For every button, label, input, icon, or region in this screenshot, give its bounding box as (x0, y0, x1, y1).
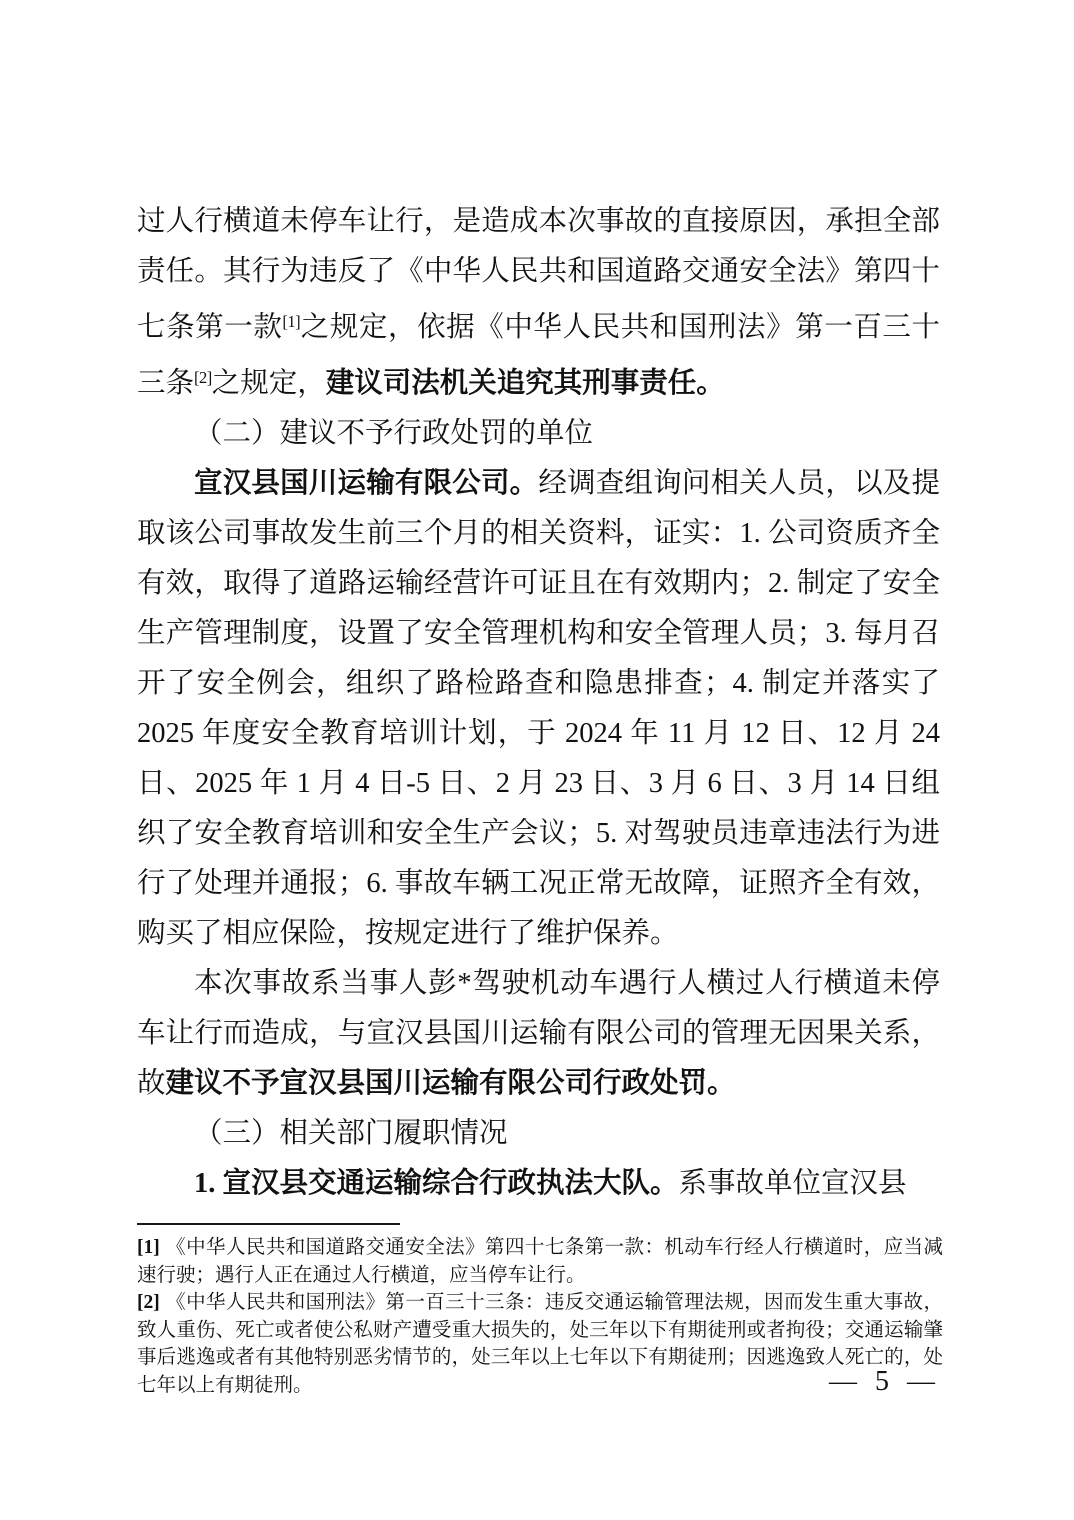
document-body: 过人行横道未停车让行，是造成本次事故的直接原因，承担全部责任。其行为违反了《中华… (137, 197, 940, 1209)
footnote-marker: [2] (137, 1292, 160, 1313)
footnote-separator (137, 1223, 400, 1225)
page-footer: — 5 — (829, 1366, 935, 1398)
text-run-bold: 建议司法机关追究其刑事责任。 (326, 368, 725, 399)
page-number: 5 (875, 1366, 889, 1398)
text-run-sup: [2] (194, 368, 212, 387)
document-page: 过人行横道未停车让行，是造成本次事故的直接原因，承担全部责任。其行为违反了《中华… (0, 0, 1074, 1520)
text-run-regular: 之规定， (212, 368, 326, 399)
text-run-regular: （二）建议不予行政处罚的单位 (194, 418, 593, 449)
page-number-dash-right: — (907, 1366, 935, 1398)
text-run-bold: 1. 宣汉县交通运输综合行政执法大队。 (194, 1168, 679, 1199)
text-run-sup: [1] (282, 312, 300, 331)
footnote-text: 《中华人民共和国道路交通安全法》第四十七条第一款：机动车行经人行横道时，应当减速… (137, 1237, 943, 1286)
para-no-penalty-conclusion: 本次事故系当事人彭*驾驶机动车遇行人横过人行横道未停车让行而造成，与宣汉县国川运… (137, 959, 940, 1109)
heading-section-three: （三）相关部门履职情况 (137, 1109, 940, 1159)
text-run-regular: （三）相关部门履职情况 (194, 1118, 508, 1149)
para-driver-responsibility: 过人行横道未停车让行，是造成本次事故的直接原因，承担全部责任。其行为违反了《中华… (137, 197, 940, 409)
footnote-2: [2]《中华人民共和国刑法》第一百三十三条：违反交通运输管理法规，因而发生重大事… (137, 1289, 943, 1399)
para-company-investigation: 宣汉县国川运输有限公司。经调查组询问相关人员，以及提取该公司事故发生前三个月的相… (137, 459, 940, 959)
footnote-1: [1]《中华人民共和国道路交通安全法》第四十七条第一款：机动车行经人行横道时，应… (137, 1234, 943, 1289)
text-run-bold: 宣汉县国川运输有限公司。 (194, 468, 538, 499)
footnotes: [1]《中华人民共和国道路交通安全法》第四十七条第一款：机动车行经人行横道时，应… (137, 1234, 943, 1399)
footnote-marker: [1] (137, 1237, 160, 1258)
footnote-text: 《中华人民共和国刑法》第一百三十三条：违反交通运输管理法规，因而发生重大事故，致… (137, 1292, 943, 1396)
heading-section-two: （二）建议不予行政处罚的单位 (137, 409, 940, 459)
page-number-dash-left: — (829, 1366, 857, 1398)
text-run-regular: 系事故单位宣汉县 (679, 1168, 907, 1199)
text-run-regular: 经调查组询问相关人员，以及提取该公司事故发生前三个月的相关资料，证实：1. 公司… (137, 468, 940, 949)
para-enforcement-brigade: 1. 宣汉县交通运输综合行政执法大队。系事故单位宣汉县 (137, 1159, 940, 1209)
text-run-bold: 建议不予宣汉县国川运输有限公司行政处罚。 (166, 1068, 736, 1099)
